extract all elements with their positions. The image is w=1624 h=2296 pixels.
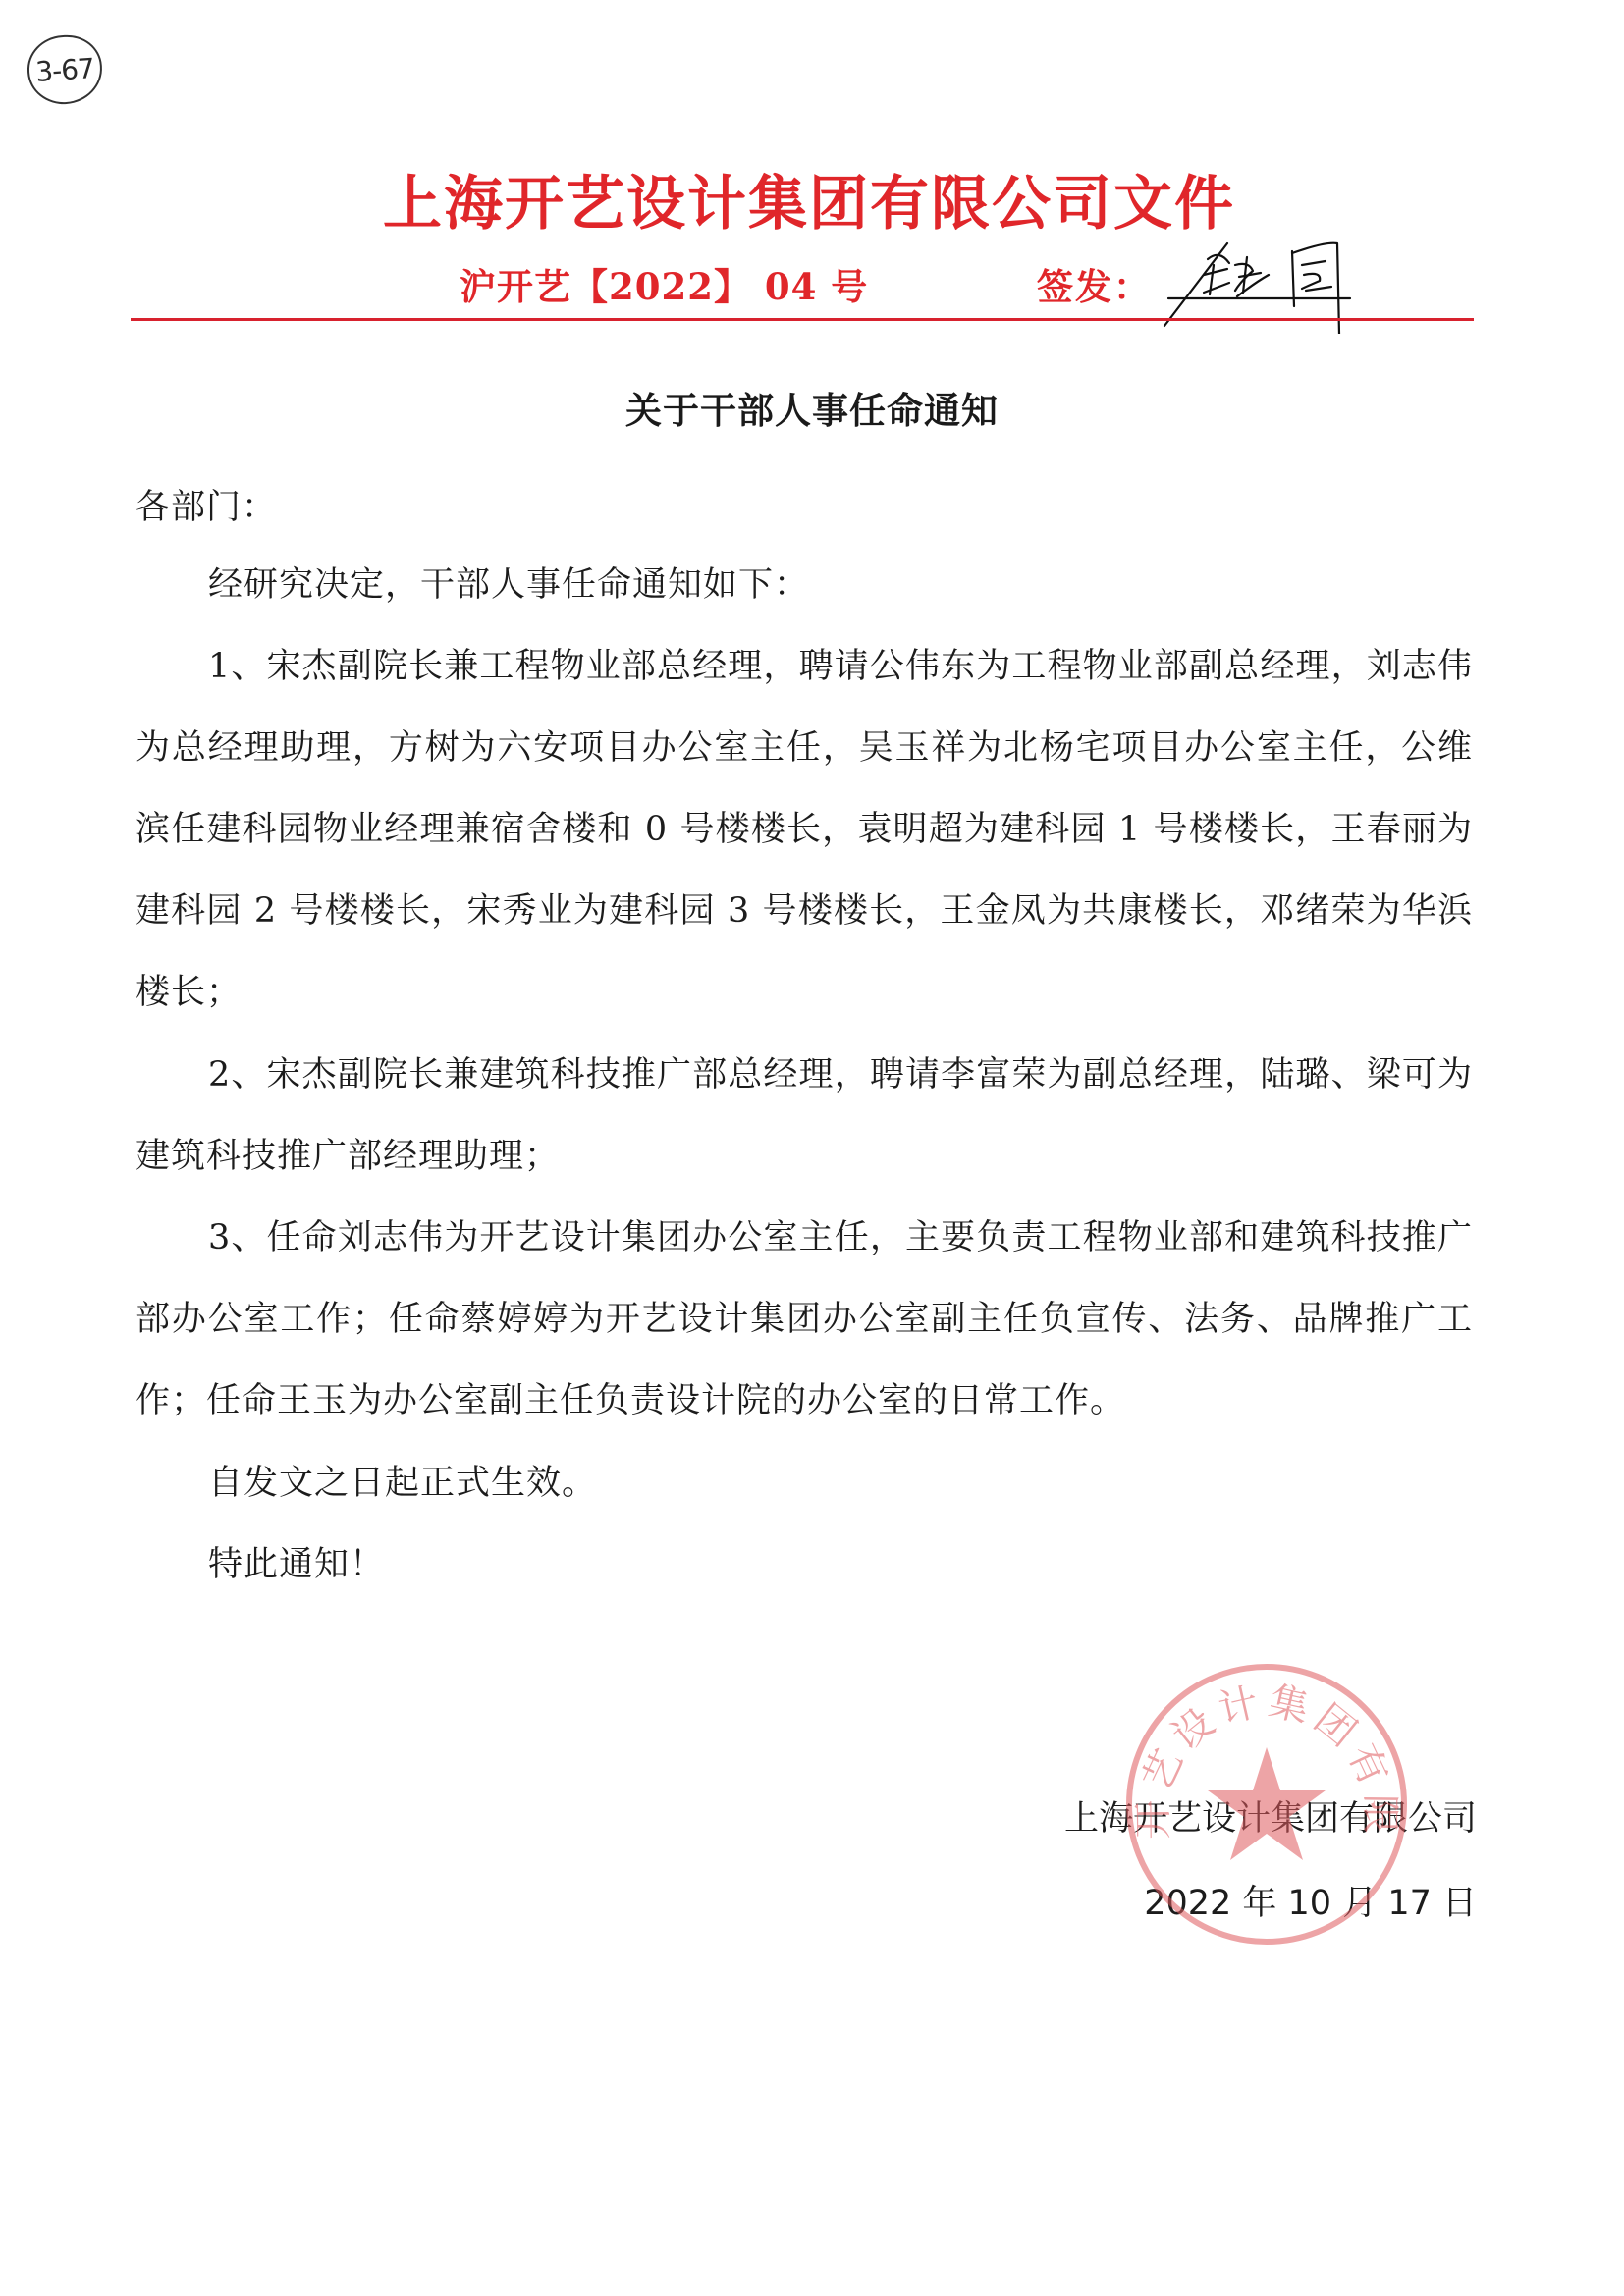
issue-date: 2022 年 10 月 17 日 [1064, 1861, 1477, 1946]
appointment-item-2: 2、宋杰副院长兼建筑科技推广部总经理，聘请李富荣为副总经理，陆璐、梁可为建筑科技… [135, 1035, 1473, 1198]
document-header-title: 上海开艺设计集团有限公司文件 [0, 157, 1624, 241]
issuing-company: 上海开艺设计集团有限公司 [1064, 1777, 1477, 1861]
effective-statement: 自发文之日起正式生效。 [135, 1443, 1473, 1524]
intro-paragraph: 经研究决定，干部人事任命通知如下： [135, 545, 1473, 626]
document-number: 沪开艺【2022】 04 号 [460, 257, 868, 310]
archive-number-mark: 3-67 [26, 32, 105, 106]
salutation: 各部门： [135, 467, 1473, 549]
notice-title: 关于干部人事任命通知 [0, 381, 1624, 434]
document-page: 3-67 上海开艺设计集团有限公司文件 沪开艺【2022】 04 号 签发： 关… [0, 0, 1624, 2296]
appointment-item-3: 3、任命刘志伟为开艺设计集团办公室主任，主要负责工程物业部和建筑科技推广部办公室… [135, 1198, 1473, 1442]
appointment-item-1: 1、宋杰副院长兼工程物业部总经理，聘请公伟东为工程物业部副总经理，刘志伟为总经理… [135, 626, 1473, 1034]
issuer-label: 签发： [1037, 257, 1152, 310]
header-divider-rule [131, 318, 1474, 321]
closing-statement: 特此通知！ [135, 1524, 1473, 1606]
signature-block: 上海开艺设计集团有限公司 2022 年 10 月 17 日 [1064, 1777, 1477, 1946]
